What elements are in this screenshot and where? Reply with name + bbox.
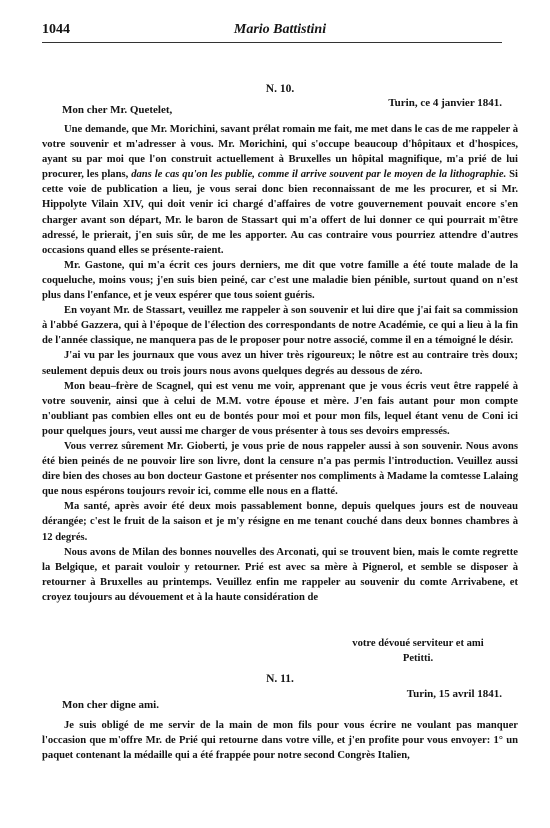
letter-10-salutation: Mon cher Mr. Quetelet,: [62, 104, 172, 116]
letter-10-paragraph-8: Nous avons de Milan des bonnes nouvelles…: [42, 545, 518, 605]
letter-number-11: N. 11.: [42, 673, 518, 685]
letter-10-paragraph-3: En voyant Mr. de Stassart, veuillez me r…: [42, 303, 518, 348]
header-rule: [42, 42, 502, 43]
letter-10-paragraph-4: J'ai vu par les journaux que vous avez u…: [42, 348, 518, 378]
paragraph-italic-text: dans le cas qu'on les publie, comme il a…: [131, 169, 506, 180]
letter-10-closing: votre dévoué serviteur et ami Petitti.: [318, 636, 518, 666]
letter-10-body: Une demande, que Mr. Morichini, savant p…: [42, 122, 518, 605]
running-title: Mario Battistini: [42, 22, 518, 38]
letter-number-10: N. 10.: [42, 83, 518, 95]
letter-11-salutation: Mon cher digne ami.: [62, 699, 159, 711]
running-head: 1044 Mario Battistini: [42, 22, 518, 42]
letter-10-paragraph-1: Une demande, que Mr. Morichini, savant p…: [42, 122, 518, 258]
letter-10-paragraph-5: Mon beau–frère de Scagnel, qui est venu …: [42, 379, 518, 439]
letter-11-dateline: Turin, 15 avril 1841.: [407, 688, 502, 700]
signature: Petitti.: [318, 651, 518, 666]
letter-10-paragraph-6: Vous verrez sûrement Mr. Gioberti, je vo…: [42, 439, 518, 499]
letter-10-paragraph-2: Mr. Gastone, qui m'a écrit ces jours der…: [42, 258, 518, 303]
letter-11-paragraph-1: Je suis obligé de me servir de la main d…: [42, 718, 518, 763]
letter-11-body: Je suis obligé de me servir de la main d…: [42, 718, 518, 763]
letter-10-dateline: Turin, ce 4 janvier 1841.: [388, 97, 502, 109]
letter-10-paragraph-7: Ma santé, après avoir été deux mois pass…: [42, 499, 518, 544]
closing-formula: votre dévoué serviteur et ami: [318, 636, 518, 651]
paragraph-text: Si cette voie de publication a lieu, je …: [42, 169, 518, 255]
